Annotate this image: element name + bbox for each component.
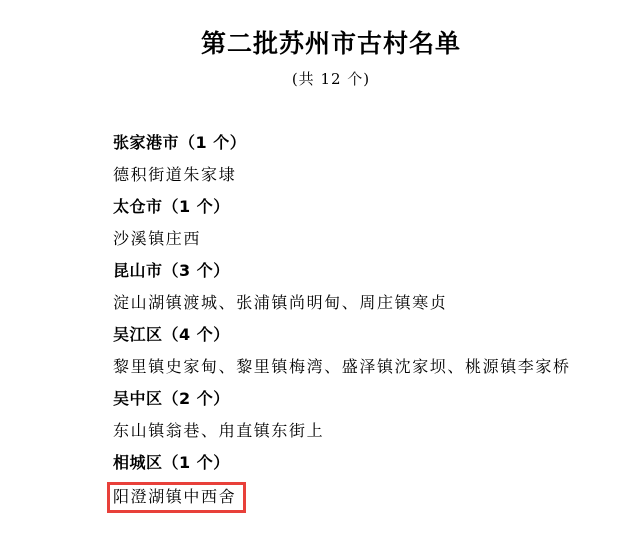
village-list: 张家港市（1 个） 德积街道朱家埭 太仓市（1 个） 沙溪镇庄西 昆山市（3 个… xyxy=(113,132,632,513)
section-heading: 昆山市（3 个） xyxy=(113,260,632,282)
document-page: 第二批苏州市古村名单 (共 12 个) 张家港市（1 个） 德积街道朱家埭 太仓… xyxy=(0,0,632,539)
section-kunshan: 昆山市（3 个） 淀山湖镇渡城、张浦镇尚明甸、周庄镇寒贞 xyxy=(113,260,632,314)
section-xiangcheng: 相城区（1 个） 阳澄湖镇中西舍 xyxy=(113,452,632,513)
highlighted-village: 阳澄湖镇中西舍 xyxy=(107,482,246,513)
document-title: 第二批苏州市古村名单 xyxy=(113,26,549,62)
section-heading: 张家港市（1 个） xyxy=(113,132,632,154)
section-heading: 吴江区（4 个） xyxy=(113,324,632,346)
section-villages: 沙溪镇庄西 xyxy=(113,228,632,250)
section-villages: 淀山湖镇渡城、张浦镇尚明甸、周庄镇寒贞 xyxy=(113,292,632,314)
section-heading: 吴中区（2 个） xyxy=(113,388,632,410)
section-heading: 太仓市（1 个） xyxy=(113,196,632,218)
document-body: 第二批苏州市古村名单 (共 12 个) 张家港市（1 个） 德积街道朱家埭 太仓… xyxy=(0,0,632,513)
section-villages: 阳澄湖镇中西舍 xyxy=(113,484,632,513)
section-wujiang: 吴江区（4 个） 黎里镇史家甸、黎里镇梅湾、盛泽镇沈家坝、桃源镇李家桥 xyxy=(113,324,632,378)
section-villages: 东山镇翁巷、甪直镇东街上 xyxy=(113,420,632,442)
section-villages: 德积街道朱家埭 xyxy=(113,164,632,186)
document-subtitle: (共 12 个) xyxy=(113,68,549,90)
section-heading: 相城区（1 个） xyxy=(113,452,632,474)
section-villages: 黎里镇史家甸、黎里镇梅湾、盛泽镇沈家坝、桃源镇李家桥 xyxy=(113,356,632,378)
section-taicang: 太仓市（1 个） 沙溪镇庄西 xyxy=(113,196,632,250)
section-wuzhong: 吴中区（2 个） 东山镇翁巷、甪直镇东街上 xyxy=(113,388,632,442)
section-zhangjiagang: 张家港市（1 个） 德积街道朱家埭 xyxy=(113,132,632,186)
